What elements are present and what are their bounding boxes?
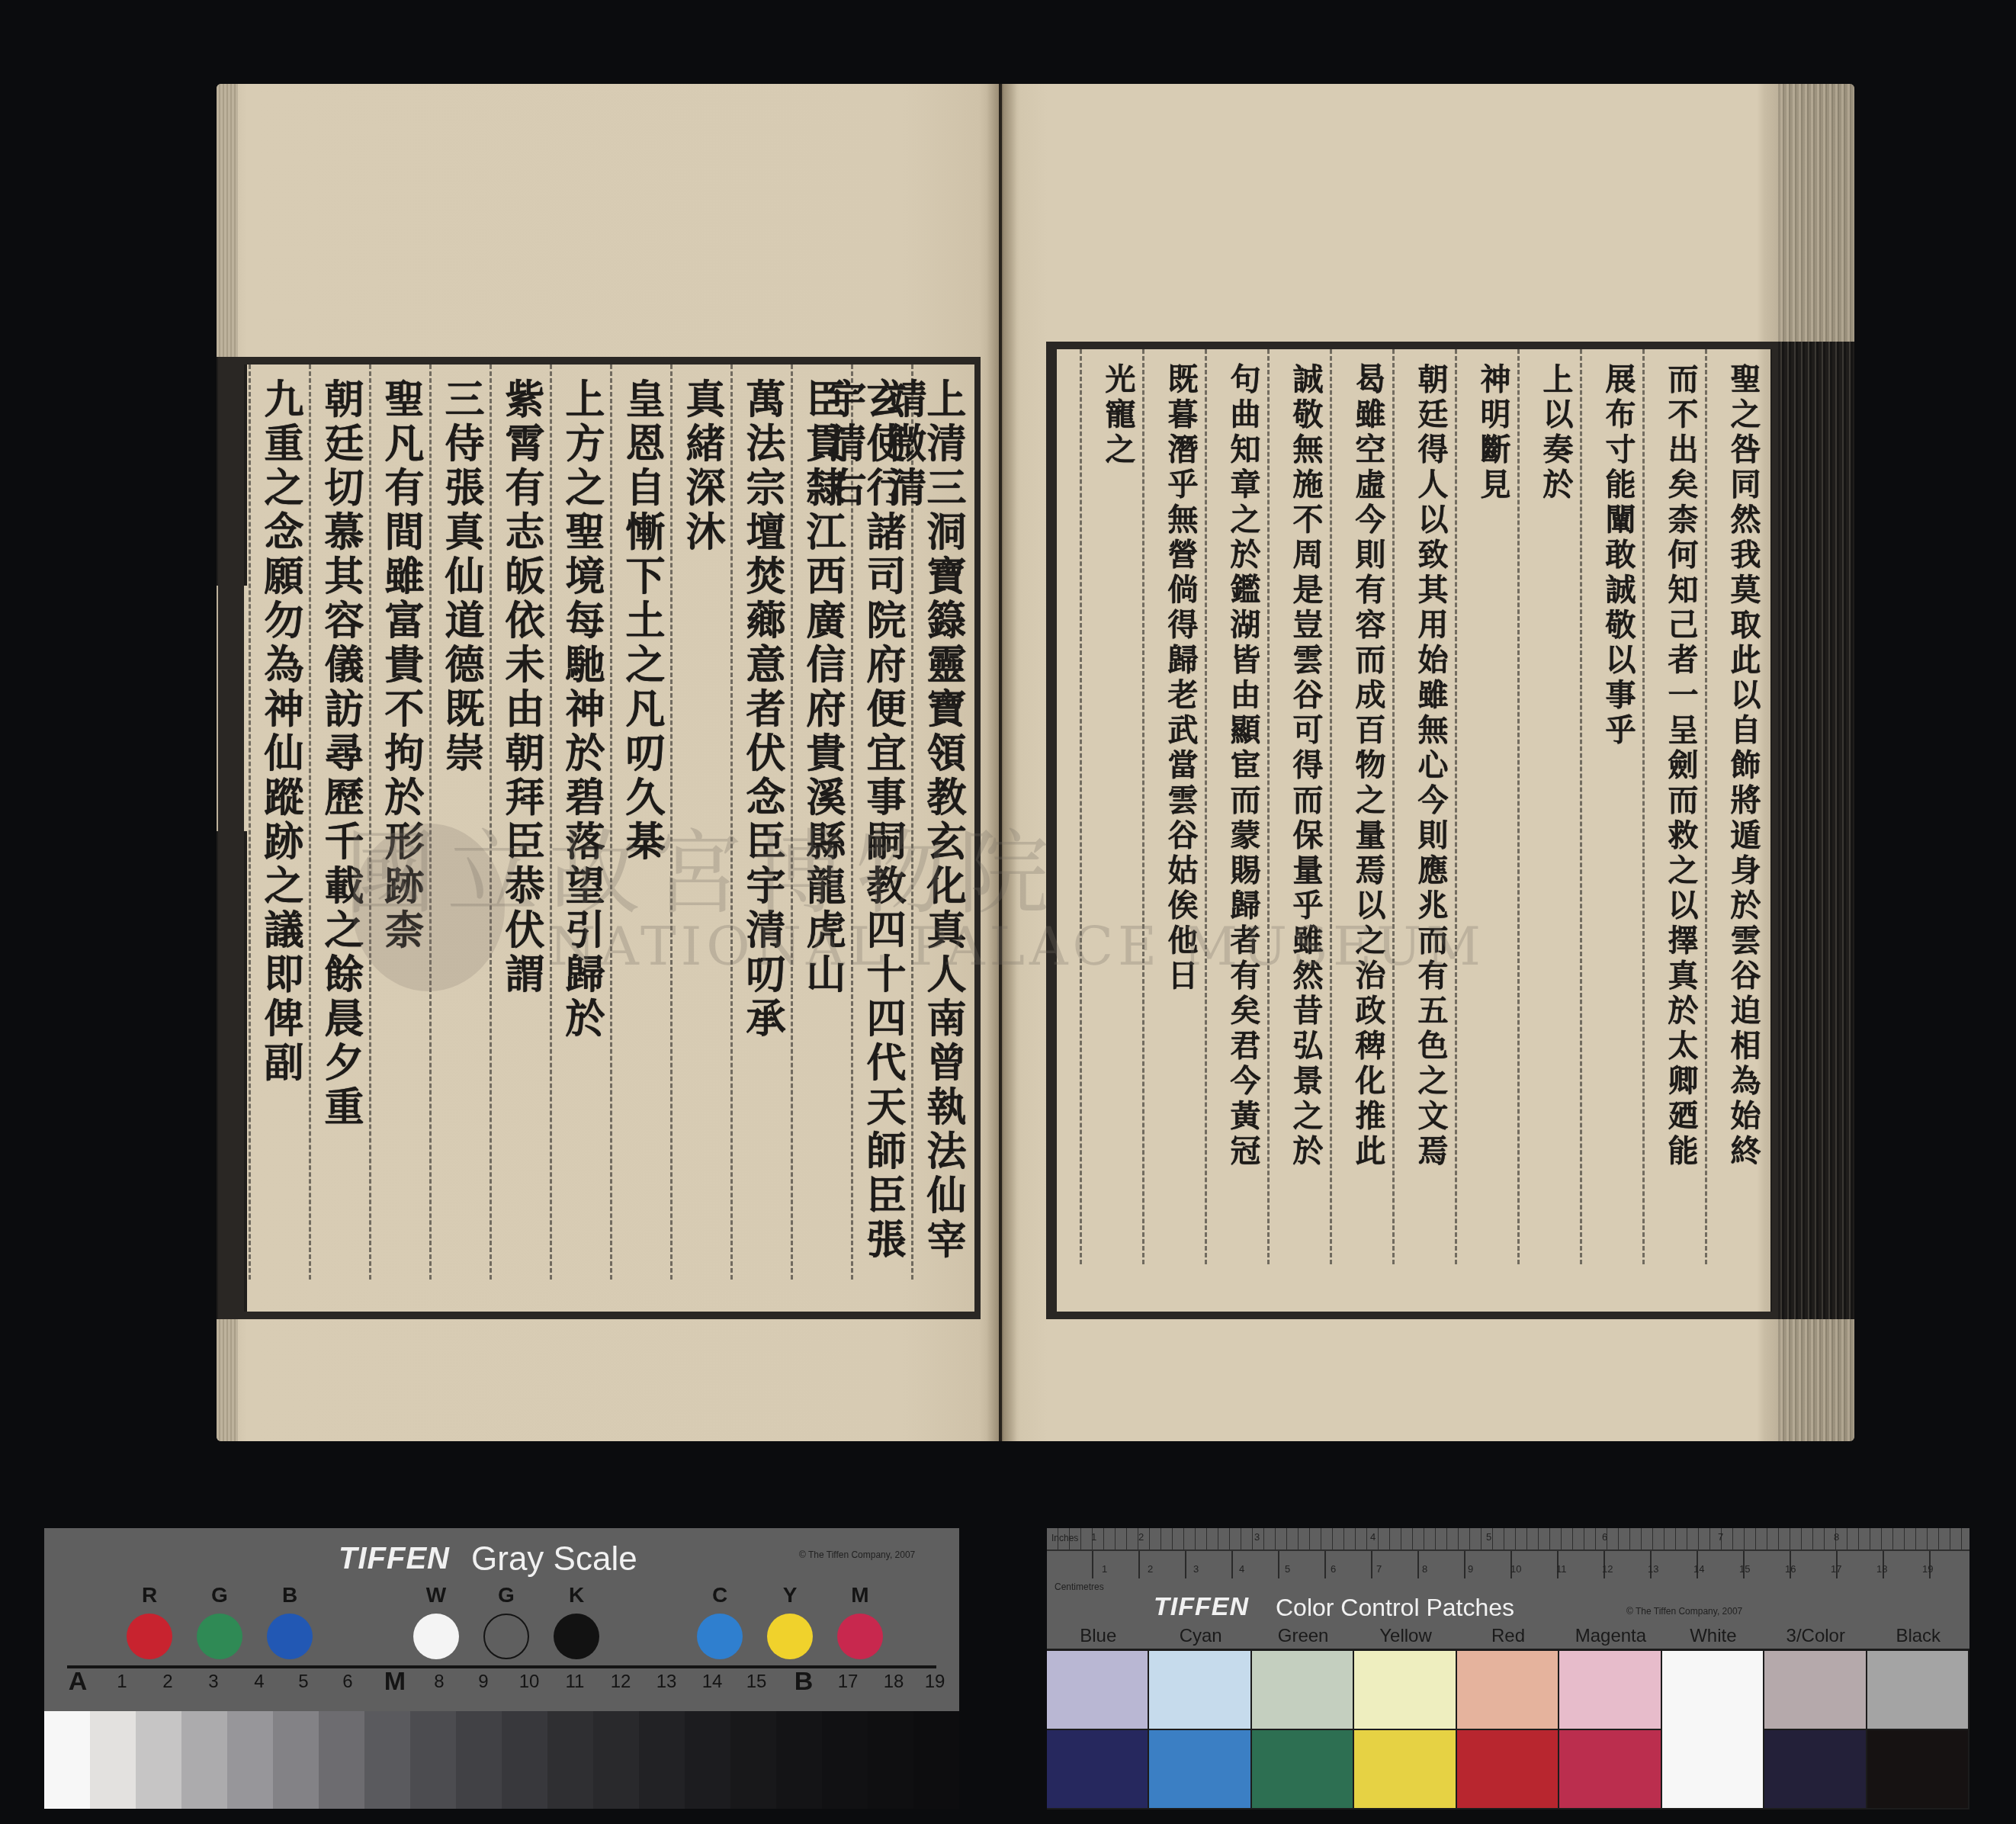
dot-label-y: Y <box>775 1583 805 1607</box>
patch-red-dark <box>1457 1730 1559 1810</box>
scale-label: M <box>380 1667 410 1697</box>
gray-step <box>273 1711 319 1809</box>
gray-step <box>913 1711 959 1809</box>
card-title: Gray Scale <box>471 1540 637 1578</box>
scale-label: 18 <box>878 1671 909 1693</box>
scale-label: 9 <box>468 1671 499 1693</box>
text-column: 既暮潛乎無營倘得歸老武當雲谷姑俟他日 <box>1142 349 1205 1264</box>
scale-label: 10 <box>514 1671 544 1693</box>
cm-mark: 1 <box>1102 1563 1107 1575</box>
right-edge-ink-bleed <box>1770 342 1854 1319</box>
inch-mark: 4 <box>1370 1531 1376 1543</box>
patch-label-3color: 3/Color <box>1764 1626 1867 1647</box>
scale-label: 13 <box>651 1671 682 1693</box>
patch-cyan-light <box>1149 1651 1251 1730</box>
dot-label-b: B <box>274 1583 305 1607</box>
dot-label-c: C <box>705 1583 735 1607</box>
yellow-dot <box>767 1614 813 1659</box>
gray-step <box>547 1711 593 1809</box>
gray-step <box>410 1711 456 1809</box>
patch-white <box>1662 1651 1764 1810</box>
magenta-dot <box>837 1614 883 1659</box>
gray-step <box>319 1711 364 1809</box>
text-column: 九重之念願勿為神仙蹤跡之議即俾副 <box>249 364 309 1280</box>
gray-step <box>44 1711 90 1809</box>
cm-mark: 15 <box>1739 1563 1750 1575</box>
card-title: Color Control Patches <box>1276 1594 1514 1622</box>
dot-label-k: K <box>561 1583 592 1607</box>
patch-cyan-dark <box>1149 1730 1251 1810</box>
scale-label: 5 <box>288 1671 319 1693</box>
inches-label: Inches <box>1051 1533 1078 1543</box>
tiffen-logo: TIFFEN <box>339 1542 450 1576</box>
scale-label: 19 <box>920 1671 950 1693</box>
inch-mark: 1 <box>1091 1531 1096 1543</box>
gray-step <box>730 1711 776 1809</box>
book-gutter <box>987 84 1017 1441</box>
gray-step <box>136 1711 181 1809</box>
dot-label-g2: G <box>491 1583 522 1607</box>
cm-mark: 19 <box>1922 1563 1933 1575</box>
gray-step <box>456 1711 502 1809</box>
cyan-dot <box>697 1614 743 1659</box>
scale-label: 4 <box>244 1671 274 1693</box>
watermark-zh: 國立故宮博物院 <box>345 801 1060 932</box>
text-column: 朝廷得人以致其用始雖無心今則應兆而有五色之文焉 <box>1392 349 1455 1264</box>
color-control-card: Inches 1 2 3 4 5 6 7 8 1 2 3 4 5 6 7 8 9… <box>1047 1528 1969 1809</box>
inch-mark: 8 <box>1834 1531 1839 1543</box>
scale-label: 15 <box>741 1671 772 1693</box>
patch-yellow-dark <box>1354 1730 1456 1810</box>
text-column: 聖之咎同然我莫取此以自飾將遁身於雲谷迫相為始終 <box>1705 349 1767 1264</box>
dot-label-m: M <box>845 1583 875 1607</box>
inch-mark: 7 <box>1718 1531 1723 1543</box>
patch-green-light <box>1252 1651 1354 1730</box>
patch-label-blue: Blue <box>1047 1626 1149 1647</box>
gray-step <box>822 1711 868 1809</box>
cm-mark: 4 <box>1239 1563 1244 1575</box>
scale-label: A <box>63 1667 93 1697</box>
patch-blue-dark <box>1047 1730 1149 1810</box>
inch-mark: 5 <box>1486 1531 1491 1543</box>
right-page-text: 聖之咎同然我莫取此以自飾將遁身於雲谷迫相為始終 而不出矣柰何知己者一呈劍而救之以… <box>1058 349 1767 1310</box>
inch-mark: 3 <box>1254 1531 1260 1543</box>
text-column: 誠敬無施不周是豈雲谷可得而保量乎雖然昔弘景之於 <box>1267 349 1330 1264</box>
cm-mark: 18 <box>1876 1563 1887 1575</box>
cm-mark: 6 <box>1331 1563 1336 1575</box>
patch-red-light <box>1457 1651 1559 1730</box>
gray-scale-card: TIFFEN Gray Scale © The Tiffen Company, … <box>44 1528 959 1809</box>
cm-mark: 14 <box>1693 1563 1704 1575</box>
dot-label-r: R <box>134 1583 165 1607</box>
patch-label-magenta: Magenta <box>1559 1626 1661 1647</box>
blue-dot <box>267 1614 313 1659</box>
patch-3color-dark <box>1764 1730 1867 1810</box>
scale-label: 14 <box>697 1671 727 1693</box>
scale-label: 1 <box>107 1671 137 1693</box>
cm-mark: 17 <box>1831 1563 1841 1575</box>
gray-step <box>364 1711 410 1809</box>
gray-step <box>776 1711 822 1809</box>
scale-label: B <box>788 1667 819 1697</box>
copyright: © The Tiffen Company, 2007 <box>799 1549 915 1560</box>
patch-label-cyan: Cyan <box>1149 1626 1251 1647</box>
cm-mark: 11 <box>1556 1563 1567 1575</box>
centimetres-label: Centimetres <box>1055 1582 1104 1592</box>
scale-label: 3 <box>198 1671 229 1693</box>
patch-green-dark <box>1252 1730 1354 1810</box>
text-column: 句曲知章之於鑑湖皆由顯宦而蒙賜歸者有矣君今黃冠 <box>1205 349 1267 1264</box>
dot-label-w: W <box>421 1583 451 1607</box>
gray-step <box>685 1711 730 1809</box>
text-column: 展布寸能闡敢誠敬以事乎 <box>1580 349 1642 1264</box>
open-book: 上清三洞寶籙靈寶領教玄化真人南曾執法仙宰靖微清 玄使行諸司院府便宜事嗣教四十四代… <box>217 84 1854 1441</box>
inch-mark: 6 <box>1602 1531 1607 1543</box>
gray-step <box>639 1711 685 1809</box>
text-column: 曷雖空虛今則有容而成百物之量焉以之治政稗化推此 <box>1330 349 1392 1264</box>
patch-label-black: Black <box>1867 1626 1969 1647</box>
black-dot <box>554 1614 599 1659</box>
scale-label: 2 <box>152 1671 183 1693</box>
patch-magenta-light <box>1559 1651 1661 1730</box>
red-dot <box>127 1614 172 1659</box>
gray-step <box>502 1711 547 1809</box>
patch-labels: Blue Cyan Green Yellow Red Magenta White… <box>1047 1626 1969 1647</box>
patch-blue-light <box>1047 1651 1149 1730</box>
patch-label-white: White <box>1662 1626 1764 1647</box>
patch-black-light <box>1867 1651 1969 1730</box>
cm-mark: 7 <box>1376 1563 1382 1575</box>
gray-step <box>90 1711 136 1809</box>
cm-mark: 2 <box>1148 1563 1153 1575</box>
gray-dot <box>483 1614 529 1659</box>
cm-mark: 10 <box>1510 1563 1521 1575</box>
patch-3color-light <box>1764 1651 1867 1730</box>
dot-label-g: G <box>204 1583 235 1607</box>
cm-mark: 9 <box>1468 1563 1473 1575</box>
cm-mark: 16 <box>1785 1563 1796 1575</box>
cm-mark: 3 <box>1193 1563 1199 1575</box>
patch-magenta-dark <box>1559 1730 1661 1810</box>
cm-mark: 13 <box>1648 1563 1658 1575</box>
scale-label: 17 <box>833 1671 863 1693</box>
gray-step-strip <box>44 1711 959 1809</box>
text-column: 上以奏於 <box>1517 349 1580 1264</box>
patch-label-green: Green <box>1252 1626 1354 1647</box>
cm-mark: 5 <box>1285 1563 1290 1575</box>
scale-label: 8 <box>424 1671 454 1693</box>
text-column: 而不出矣柰何知己者一呈劍而救之以擇真於太卿廼能 <box>1642 349 1705 1264</box>
green-dot <box>197 1614 242 1659</box>
patch-yellow-light <box>1354 1651 1456 1730</box>
watermark-en: NATIONAL PALACE MUSEUM <box>549 915 1485 978</box>
inch-mark: 2 <box>1138 1531 1144 1543</box>
cm-mark: 8 <box>1422 1563 1427 1575</box>
gray-step <box>868 1711 913 1809</box>
gray-step <box>181 1711 227 1809</box>
text-column: 光寵之 <box>1080 349 1142 1264</box>
scale-label: 6 <box>332 1671 363 1693</box>
white-dot <box>413 1614 459 1659</box>
scale-label: 12 <box>605 1671 636 1693</box>
tiffen-logo: TIFFEN <box>1154 1592 1249 1622</box>
inch-ruler <box>1047 1528 1969 1551</box>
patch-label-red: Red <box>1457 1626 1559 1647</box>
gray-step <box>593 1711 639 1809</box>
patch-black-dark <box>1867 1730 1969 1810</box>
text-column: 神明斷見 <box>1455 349 1517 1264</box>
copyright: © The Tiffen Company, 2007 <box>1626 1606 1742 1617</box>
patch-label-yellow: Yellow <box>1354 1626 1456 1647</box>
cm-mark: 12 <box>1602 1563 1613 1575</box>
scale-label: 11 <box>560 1671 590 1693</box>
gray-step <box>227 1711 273 1809</box>
color-patch-grid <box>1047 1649 1969 1810</box>
